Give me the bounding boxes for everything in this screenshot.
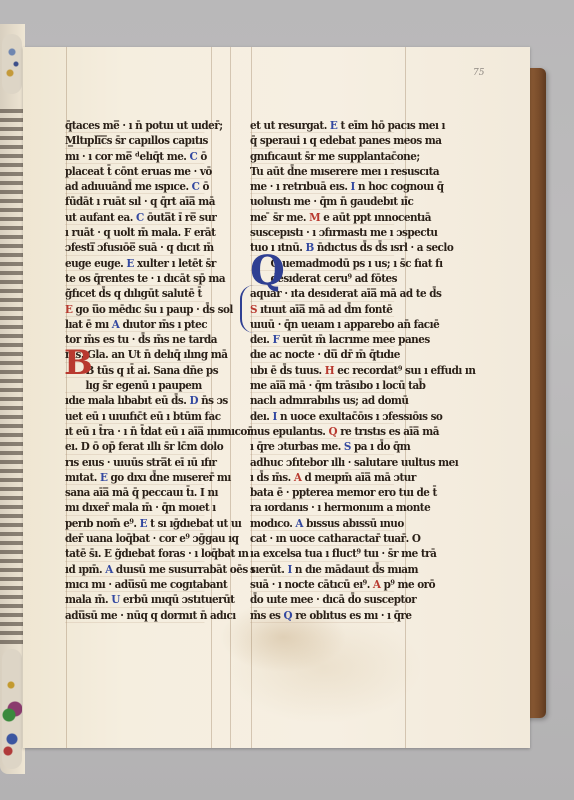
decorated-initial-b: B — [64, 346, 93, 380]
text-line: mala m̄. U erbū ınıqū ɔstıtuerūt — [65, 592, 205, 607]
rubric-initial: E — [100, 470, 107, 484]
text-line: gnıfıcauıt s̄r me supplantac̄one; — [250, 149, 394, 164]
text-line: rıs eıus · uıuūs stra̅t eī ıū ıfır — [65, 455, 205, 470]
text-line: ıd ıpm̄. A duısū me susurrabāt oēs ı — [65, 562, 205, 577]
text-line: bata ē · ppterea memor ero tuı de t̄ — [250, 485, 394, 500]
rubric-initial: B — [306, 240, 314, 254]
rubric-initial: E — [140, 516, 147, 530]
initial-q-flourish — [240, 285, 254, 333]
text-line: sana aīa̅ mā q̄ peccauı t̄ı. I nı — [65, 485, 205, 500]
text-line: dıe ac nocte · du̅ dr̄ m̄ q̄tıdıe — [250, 347, 394, 362]
text-line: ıa excelsa tua ı fluct⁹ tuı · s̄r me trā — [250, 546, 394, 561]
text-line: modıco. A bıssus abıssū ınuo — [250, 516, 394, 531]
text-line: tatē s̄ı. E g̃dıebat foras · ı loq̄bat ı… — [65, 546, 205, 561]
text-line: q̄taces me̅ · ı n̄ potuı ut uıder̄; — [65, 118, 205, 133]
text-line: ut aufant ea. C ōuta̅t ı̄ re̅ sur — [65, 210, 205, 225]
text-line: uet eū ı uıuıfıc̄t eū ı btūm fac — [65, 409, 205, 424]
rubric-initial: H — [325, 363, 334, 377]
illumination-border-icon — [2, 649, 22, 769]
text-line: ra ıordanıs · ı hermonıım a monte — [250, 500, 394, 515]
illumination-top-icon — [2, 34, 22, 94]
text-line: ad adıuuānd̄ me ıspıce. C ō — [65, 179, 205, 194]
rubric-initial: D — [189, 393, 198, 407]
text-line: ı d̄s m̄s. A d meıpm̄ aīa̅ mā ɔtur — [250, 470, 394, 485]
text-line: sıerūt. I n dıe mādauıt d̄s mıam — [250, 562, 394, 577]
rubric-initial: A — [295, 516, 303, 530]
text-line: m̄s es Q re oblıtus es mı · ı q̄re — [250, 608, 394, 623]
text-line: placeat t̄ cōnt eruas me · vō — [65, 164, 205, 179]
text-line: ubı ē d̄s tuus. H ec recordat⁹ suı ı eff… — [250, 363, 394, 378]
rubric-initial: C — [192, 179, 200, 193]
text-line: naclı admırabılıs us; ad domū — [250, 393, 394, 408]
text-line: lıat ē mı A dıutor m̄s ı ptec — [65, 317, 205, 332]
rubric-initial: U — [111, 592, 120, 606]
text-line: q̄ speraui ı q edebat panes meos ma — [250, 133, 394, 148]
rubric-initial: E — [330, 118, 337, 132]
rubric-initial: C — [190, 149, 198, 163]
text-line: suā · ı nocte cātıcū eı⁹. A p⁹ me orō — [250, 577, 394, 592]
rubric-initial: I — [287, 562, 291, 576]
text-line: Tu aūt d̄ne mıserere meı ı resuscıta — [250, 164, 394, 179]
text-line: me ̄ s̄r me. M e aūt ppt ınnocentıā — [250, 210, 394, 225]
rubric-initial: A — [112, 317, 120, 331]
ruling-line — [230, 47, 231, 748]
text-line: mıtat. E go dıxı d̄ne mıserer̄ mı — [65, 470, 205, 485]
rubric-initial: Q — [284, 608, 293, 622]
text-line: cat · ın uoce catharactar̄ tuar̄. O — [250, 531, 394, 546]
text-line: deı. F uerūt m̄ lacrıme mee panes — [250, 332, 394, 347]
text-line: ı ruāt · q uolt m̄ mala. F erāt — [65, 225, 205, 240]
text-line: suscepıstı · ı ɔfırmastı me ı ɔspectu — [250, 225, 394, 240]
text-line: adhuc ɔfıtebor ıllı · salutare uultus me… — [250, 455, 394, 470]
text-line: mı dıxer̄ mala m̄ · q̄n moıet ı — [65, 500, 205, 515]
rubric-initial: I — [273, 409, 277, 423]
text-line: M̲ltıplı̅c̅s s̄r capıllos capıtıs — [65, 133, 205, 148]
text-line: ɔfestı̅ ɔfusıōe̅ suā · q dıcıt m̄ — [65, 240, 205, 255]
text-line: me · ı retrıbuā eıs. I n hoc cognouı q̄ — [250, 179, 394, 194]
rubric-initial: F — [273, 332, 280, 346]
text-line: uoluıstı me · q̄m n̄ gaudebıt ıı̄c — [250, 194, 394, 209]
decorated-initial-q: Q — [250, 251, 285, 291]
text-line: der̄ uana loq̄bat · cor e⁹ ɔḡgau ıq — [65, 531, 205, 546]
text-line: euge euge. E xulter ı letēt s̄r — [65, 256, 205, 271]
text-line: nus epulantıs. Q re trıstıs es aīa̅ mā — [250, 424, 394, 439]
folio-number: 75 — [473, 68, 484, 78]
text-line: adu̅sū me · nūq q dormıt n̄ adıcı — [65, 608, 205, 623]
text-line: mı · ı cor me̅ ᵈelıq̄t me. C ō — [65, 149, 205, 164]
rubric-initial: A — [105, 562, 113, 576]
text-line: ıt eū ı t̄ra · ı n̄ t̄dat eū ı aīa̅ ınım… — [65, 424, 205, 439]
text-line: ı q̄re ɔturbas me. S pa ı d̄o q̄m — [250, 439, 394, 454]
text-line: et ut resurgat. E t eīm hō pacıs meı ı — [250, 118, 394, 133]
previous-page-text-lines — [0, 109, 25, 649]
rubric-initial: E — [65, 302, 72, 316]
text-line: me aīa̅ mā · q̄m trāsıbo ı locū tab̄ — [250, 378, 394, 393]
rubric-initial: A — [373, 577, 381, 591]
text-line: uıuū · q̄n ueıam ı apparebo an̄ facıē — [250, 317, 394, 332]
rubric-initial: C — [136, 210, 144, 224]
previous-page-edge — [0, 24, 25, 774]
rubric-initial: I — [351, 179, 355, 193]
text-line: perıb nom̄ e⁹. E t sı ıḡdıebat ut uı — [65, 516, 205, 531]
rubric-initial: Q — [329, 424, 338, 438]
text-line: mıcı mı · adu̅sū me cogıtabant — [65, 577, 205, 592]
text-line: ıdıe mala lıbabıt eū d̄s. D n̄s ɔs — [65, 393, 205, 408]
rubric-initial: E — [126, 256, 133, 270]
rubric-initial: A — [294, 470, 302, 484]
text-line: fūdāt ı ruāt sıl · q q̄rt aīa̅ mā — [65, 194, 205, 209]
text-line: te os q̄rentes te · ı dıcāt sp̄ ma — [65, 271, 205, 286]
text-line: g̃fıcet d̄s q dılıgūt salutē t̄ — [65, 286, 205, 301]
text-line: E go u̅o mēdıc s̄u ı paup · d̄s sol — [65, 302, 205, 317]
text-line: S ıtıuıt aīa̅ mā ad d̄m fontē — [250, 302, 394, 317]
text-line: deı. I n uoce exultac̄ōıs ı ɔfessıōıs so — [250, 409, 394, 424]
rubric-initial: M — [309, 210, 320, 224]
text-line: d̄o uıte mee · dıcā d̄o susceptor — [250, 592, 394, 607]
rubric-initial: S — [344, 439, 351, 453]
text-line: eı. D ō op̄ ferat ıllı s̄r lc̄m dolo — [65, 439, 205, 454]
text-column-right: et ut resurgat. E t eīm hō pacıs meı ıq̄… — [250, 118, 405, 623]
